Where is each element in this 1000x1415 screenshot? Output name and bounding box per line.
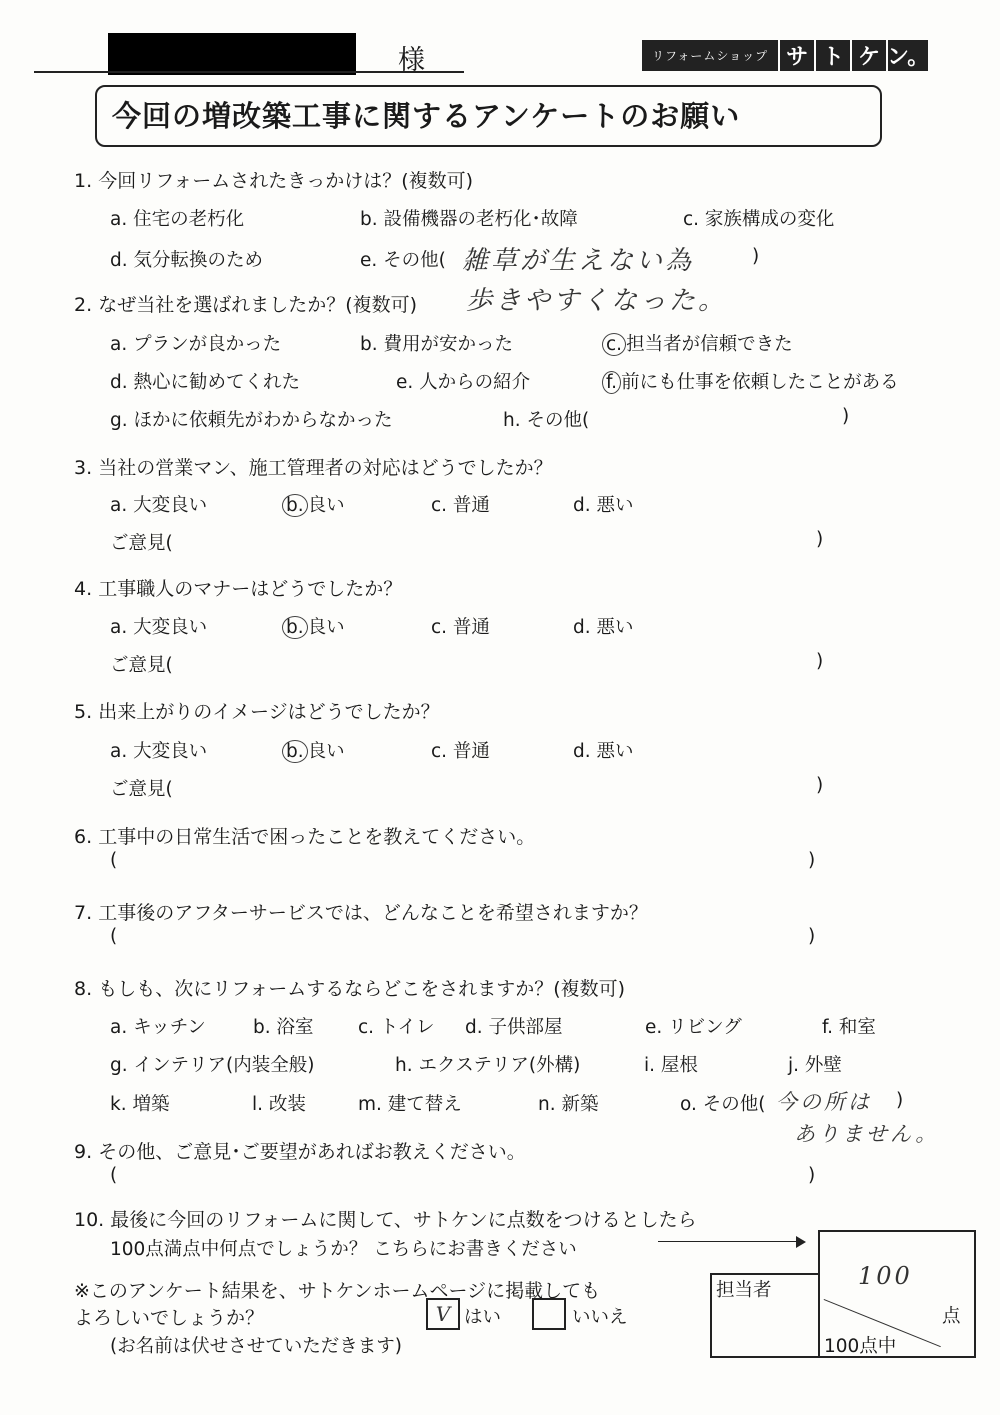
q1-handwritten-line1: 雑草が生えない為 [462, 240, 694, 277]
question-6: 6. 工事中の日常生活で困ったことを教えてください。 [74, 822, 535, 849]
question-9: 9. その他、ご意見･ご要望があればお教えください。 [74, 1137, 526, 1164]
no-checkbox[interactable] [532, 1298, 566, 1330]
q3-option-c[interactable]: c. 普通 [431, 491, 490, 517]
q5-opinion-close: ) [816, 775, 823, 796]
score-unit: 点 [942, 1302, 961, 1328]
logo-shop-label: リフォームショップ [642, 40, 778, 71]
q8-option-d[interactable]: d. 子供部屋 [465, 1013, 563, 1039]
q8-option-b[interactable]: b. 浴室 [253, 1013, 314, 1039]
logo-char: ト [816, 40, 850, 71]
q8-option-l[interactable]: l. 改装 [252, 1090, 306, 1116]
q2-option-d[interactable]: d. 熱心に勧めてくれた [110, 368, 300, 394]
q3-option-a[interactable]: a. 大変良い [110, 491, 207, 517]
q7-close-paren: ) [808, 926, 815, 947]
q4-opinion-close: ) [816, 651, 823, 672]
question-4: 4. 工事職人のマナーはどうでしたか？ [74, 574, 402, 601]
yes-checkbox[interactable]: V [426, 1298, 460, 1330]
q4-option-d[interactable]: d. 悪い [573, 613, 634, 639]
q5-option-a[interactable]: a. 大変良い [110, 737, 207, 763]
logo-char: サ [780, 40, 814, 71]
score-out-of: 100点中 [824, 1332, 896, 1358]
q8-close-paren: ) [896, 1090, 903, 1111]
question-1: 1. 今回リフォームされたきっかけは？(複数可) [74, 166, 473, 193]
q2-option-a[interactable]: a. プランが良かった [110, 330, 281, 356]
q8-option-k[interactable]: k. 増築 [110, 1090, 169, 1116]
q2-option-f-selected[interactable]: f.前にも仕事を依頼したことがある [606, 368, 899, 394]
q1-close-paren: ) [752, 246, 759, 267]
arrow-right-icon [796, 1236, 806, 1248]
q2-option-g[interactable]: g. ほかに依頼先がわからなかった [110, 406, 393, 432]
q3-option-d[interactable]: d. 悪い [573, 491, 634, 517]
q8-option-m[interactable]: m. 建て替え [358, 1090, 462, 1116]
q2-option-h[interactable]: h. その他( [503, 406, 589, 432]
logo-char: ン。 [888, 40, 928, 71]
q8-handwritten-line1: 今の所は [776, 1086, 872, 1116]
q8-handwritten-line2: ありません。 [794, 1118, 939, 1148]
q4-option-c[interactable]: c. 普通 [431, 613, 490, 639]
check-mark-icon: V [436, 1302, 450, 1326]
q5-opinion-label: ご意見( [110, 775, 173, 801]
q9-open-paren: ( [110, 1165, 117, 1186]
question-8: 8. もしも、次にリフォームするならどこをされますか？(複数可) [74, 974, 625, 1001]
question-10-line2: 100点満点中何点でしょうか？ こちらにお書きください [110, 1235, 577, 1261]
q6-open-paren: ( [110, 850, 117, 871]
q3-opinion-close: ) [816, 529, 823, 550]
q9-close-paren: ) [808, 1165, 815, 1186]
arrow-line [658, 1241, 798, 1242]
q2-option-c-selected[interactable]: c.担当者が信頼できた [606, 330, 793, 356]
q1-option-d[interactable]: d. 気分転換のため [110, 246, 263, 272]
q8-option-c[interactable]: c. トイレ [358, 1013, 435, 1039]
q4-opinion-label: ご意見( [110, 651, 173, 677]
q2-option-e[interactable]: e. 人からの紹介 [396, 368, 530, 394]
q4-option-b-selected[interactable]: b.良い [286, 613, 345, 639]
company-logo: リフォームショップ サ ト ケ ン。 [642, 40, 928, 71]
logo-char: ケ [852, 40, 886, 71]
question-7: 7. 工事後のアフターサービスでは、どんなことを希望されますか？ [74, 898, 648, 925]
q3-option-b-selected[interactable]: b.良い [286, 491, 345, 517]
score-value: 100 [858, 1262, 913, 1290]
q5-option-d[interactable]: d. 悪い [573, 737, 634, 763]
q8-option-e[interactable]: e. リビング [645, 1013, 742, 1039]
publish-consent-line1: ※このアンケート結果を、サトケンホームページに掲載しても [74, 1276, 600, 1303]
q2-option-b[interactable]: b. 費用が安かった [360, 330, 513, 356]
q1-option-e[interactable]: e. その他( [360, 246, 446, 272]
q1-option-c[interactable]: c. 家族構成の変化 [683, 205, 834, 231]
q3-opinion-label: ご意見( [110, 529, 173, 555]
q8-option-o[interactable]: o. その他( [680, 1090, 765, 1116]
q7-open-paren: ( [110, 926, 117, 947]
q8-option-i[interactable]: i. 屋根 [644, 1051, 698, 1077]
q8-option-g[interactable]: g. インテリア(内装全般) [110, 1051, 314, 1077]
q5-option-c[interactable]: c. 普通 [431, 737, 490, 763]
honorific: 様 [398, 38, 425, 77]
q1-handwritten-line2: 歩きやすくなった。 [466, 280, 727, 317]
q8-option-n[interactable]: n. 新築 [538, 1090, 599, 1116]
yes-label: はい [464, 1303, 501, 1329]
question-5: 5. 出来上がりのイメージはどうでしたか？ [74, 697, 440, 724]
q8-option-j[interactable]: j. 外壁 [788, 1051, 842, 1077]
q8-option-h[interactable]: h. エクステリア(外構) [395, 1051, 580, 1077]
staff-label: 担当者 [716, 1276, 772, 1302]
q5-option-b-selected[interactable]: b.良い [286, 737, 345, 763]
q2-close-paren: ) [842, 406, 849, 427]
no-label: いいえ [572, 1303, 628, 1329]
q6-close-paren: ) [808, 850, 815, 871]
q8-option-a[interactable]: a. キッチン [110, 1013, 206, 1039]
question-2: 2. なぜ当社を選ばれましたか？(複数可) [74, 290, 417, 317]
redacted-customer-name [108, 33, 356, 75]
q1-option-a[interactable]: a. 住宅の老朽化 [110, 205, 244, 231]
q4-option-a[interactable]: a. 大変良い [110, 613, 207, 639]
page-title: 今回の増改築工事に関するアンケートのお願い [112, 94, 740, 135]
q1-option-b[interactable]: b. 設備機器の老朽化･故障 [360, 205, 578, 231]
question-3: 3. 当社の営業マン、施工管理者の対応はどうでしたか？ [74, 453, 553, 480]
publish-consent-note: (お名前は伏せさせていただきます) [110, 1332, 402, 1358]
publish-consent-line2: よろしいでしょうか？ [74, 1303, 264, 1330]
question-10: 10. 最後に今回のリフォームに関して、サトケンに点数をつけるとしたら [74, 1205, 697, 1232]
q8-option-f[interactable]: f. 和室 [822, 1013, 876, 1039]
